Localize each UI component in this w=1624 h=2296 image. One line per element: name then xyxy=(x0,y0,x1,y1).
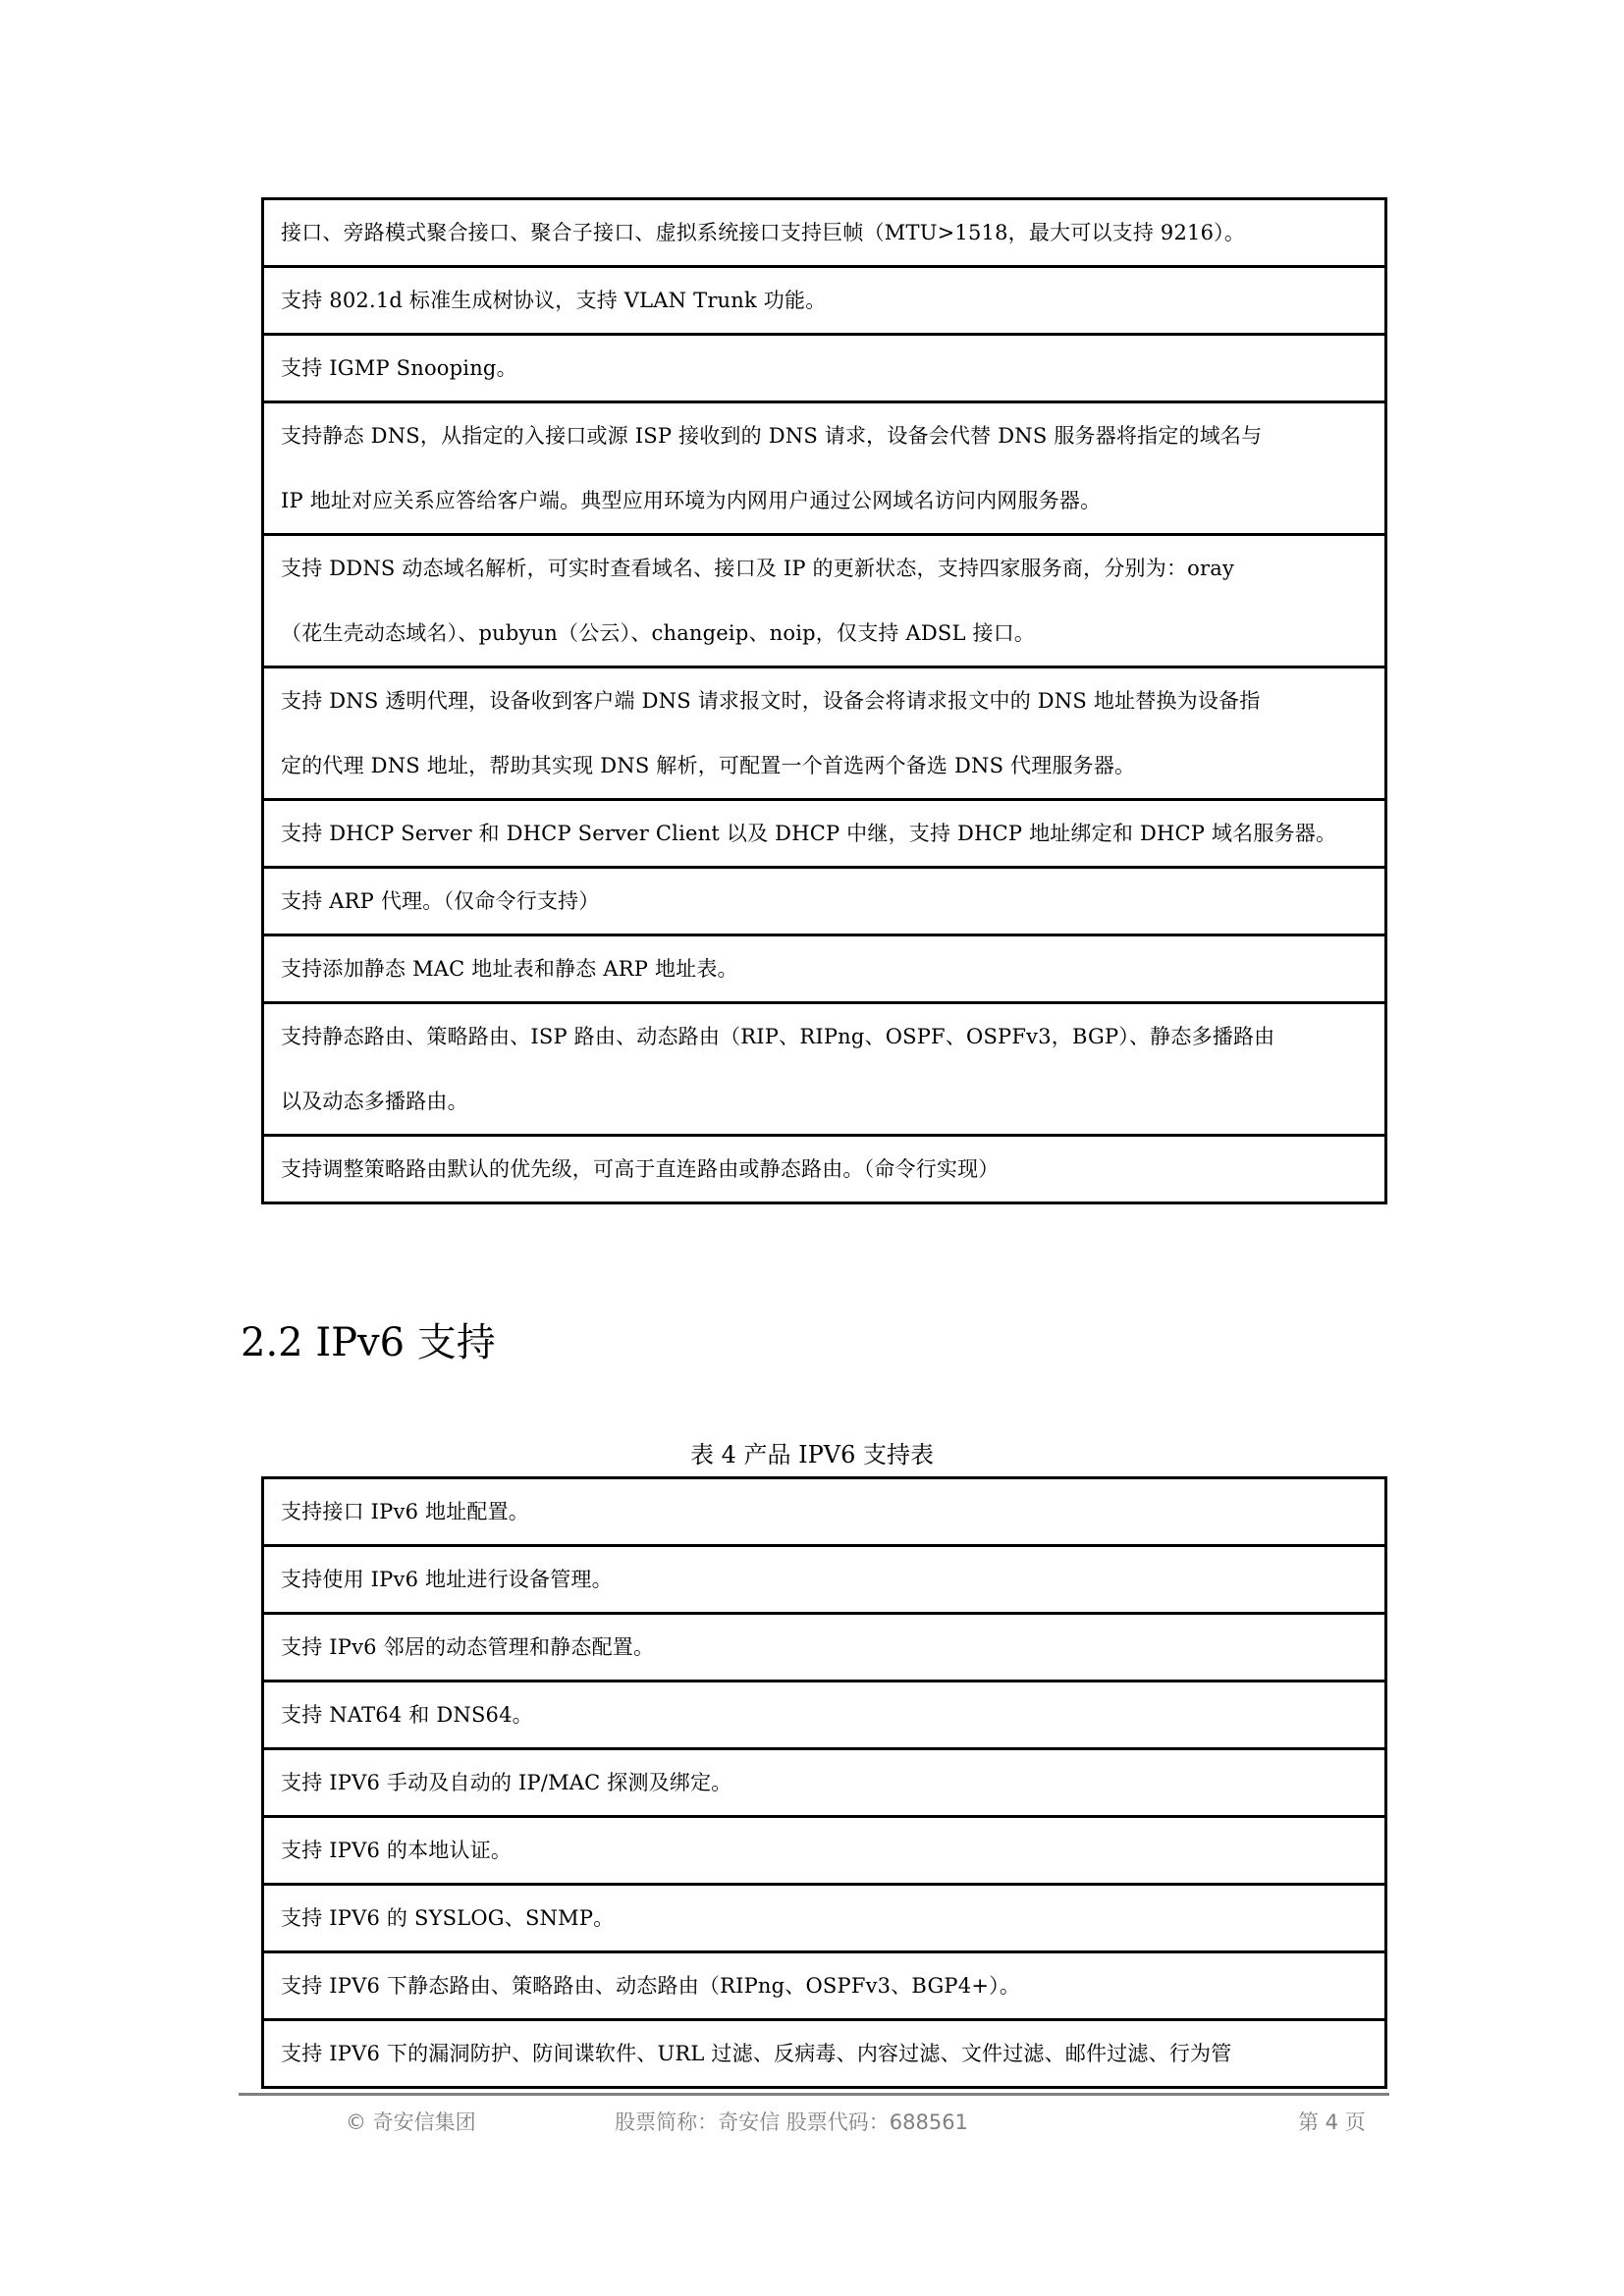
table-cell: 支持 NAT64 和 DNS64。 xyxy=(263,1682,1386,1749)
table-row: 支持 IPV6 的本地认证。 xyxy=(263,1817,1386,1885)
table-cell: 支持 IPV6 手动及自动的 IP/MAC 探测及绑定。 xyxy=(263,1749,1386,1817)
table-cell: 支持 802.1d 标准生成树协议，支持 VLAN Trunk 功能。 xyxy=(263,267,1386,335)
table-cell: 支持 DHCP Server 和 DHCP Server Client 以及 D… xyxy=(263,800,1386,868)
table-cell: 支持 IPV6 的 SYSLOG、SNMP。 xyxy=(263,1885,1386,1952)
table-cell: 支持 DDNS 动态域名解析，可实时查看域名、接口及 IP 的更新状态，支持四家… xyxy=(263,535,1386,667)
cell-line: 支持静态 DNS，从指定的入接口或源 ISP 接收到的 DNS 请求，设备会代替… xyxy=(281,424,1262,448)
ipv6-support-table: 支持接口 IPv6 地址配置。 支持使用 IPv6 地址进行设备管理。 支持 I… xyxy=(261,1476,1387,2089)
table-row: 支持 DHCP Server 和 DHCP Server Client 以及 D… xyxy=(263,800,1386,868)
table-cell: 支持 IPV6 下的漏洞防护、防间谍软件、URL 过滤、反病毒、内容过滤、文件过… xyxy=(263,2020,1386,2088)
table-row: 接口、旁路模式聚合接口、聚合子接口、虚拟系统接口支持巨帧（MTU>1518，最大… xyxy=(263,199,1386,267)
table-cell: 支持 IPv6 邻居的动态管理和静态配置。 xyxy=(263,1614,1386,1682)
footer-page-number: 第 4 页 xyxy=(1298,2107,1366,2136)
table-row: 支持调整策略路由默认的优先级，可高于直连路由或静态路由。（命令行实现） xyxy=(263,1136,1386,1203)
table-row: 支持 IPv6 邻居的动态管理和静态配置。 xyxy=(263,1614,1386,1682)
cell-line: 支持 DDNS 动态域名解析，可实时查看域名、接口及 IP 的更新状态，支持四家… xyxy=(281,557,1234,580)
table-cell: 接口、旁路模式聚合接口、聚合子接口、虚拟系统接口支持巨帧（MTU>1518，最大… xyxy=(263,199,1386,267)
table-row: 支持 IGMP Snooping。 xyxy=(263,335,1386,402)
table-row: 支持 IPV6 下静态路由、策略路由、动态路由（RIPng、OSPFv3、BGP… xyxy=(263,1952,1386,2020)
table-row: 支持 IPV6 的 SYSLOG、SNMP。 xyxy=(263,1885,1386,1952)
table-row: 支持 DNS 透明代理，设备收到客户端 DNS 请求报文时，设备会将请求报文中的… xyxy=(263,667,1386,800)
table-row: 支持 IPV6 手动及自动的 IP/MAC 探测及绑定。 xyxy=(263,1749,1386,1817)
table-cell: 支持使用 IPv6 地址进行设备管理。 xyxy=(263,1546,1386,1614)
footer-stock-info: 股票简称：奇安信 股票代码：688561 xyxy=(448,2107,1135,2136)
table-cell: 支持添加静态 MAC 地址表和静态 ARP 地址表。 xyxy=(263,935,1386,1003)
table-row: 支持 ARP 代理。（仅命令行支持） xyxy=(263,868,1386,935)
footer-divider xyxy=(239,2093,1389,2096)
cell-line: （花生壳动态域名）、pubyun（公云）、changeip、noip，仅支持 A… xyxy=(281,621,1035,645)
table-row: 支持添加静态 MAC 地址表和静态 ARP 地址表。 xyxy=(263,935,1386,1003)
table-row: 支持 DDNS 动态域名解析，可实时查看域名、接口及 IP 的更新状态，支持四家… xyxy=(263,535,1386,667)
table-caption: 表 4 产品 IPV6 支持表 xyxy=(0,1435,1624,1469)
table-row: 支持使用 IPv6 地址进行设备管理。 xyxy=(263,1546,1386,1614)
table-cell: 支持 IPV6 下静态路由、策略路由、动态路由（RIPng、OSPFv3、BGP… xyxy=(263,1952,1386,2020)
table-cell: 支持 IGMP Snooping。 xyxy=(263,335,1386,402)
table-cell: 支持 IPV6 的本地认证。 xyxy=(263,1817,1386,1885)
cell-line: 支持静态路由、策略路由、ISP 路由、动态路由（RIP、RIPng、OSPF、O… xyxy=(281,1025,1274,1048)
table-cell: 支持静态路由、策略路由、ISP 路由、动态路由（RIP、RIPng、OSPF、O… xyxy=(263,1003,1386,1136)
table-row: 支持 IPV6 下的漏洞防护、防间谍软件、URL 过滤、反病毒、内容过滤、文件过… xyxy=(263,2020,1386,2088)
table-row: 支持静态路由、策略路由、ISP 路由、动态路由（RIP、RIPng、OSPF、O… xyxy=(263,1003,1386,1136)
cell-line: 支持 DNS 透明代理，设备收到客户端 DNS 请求报文时，设备会将请求报文中的… xyxy=(281,689,1260,713)
table-cell: 支持接口 IPv6 地址配置。 xyxy=(263,1478,1386,1546)
table-row: 支持接口 IPv6 地址配置。 xyxy=(263,1478,1386,1546)
table-row: 支持 NAT64 和 DNS64。 xyxy=(263,1682,1386,1749)
table-cell: 支持调整策略路由默认的优先级，可高于直连路由或静态路由。（命令行实现） xyxy=(263,1136,1386,1203)
cell-line: 以及动态多播路由。 xyxy=(281,1090,468,1113)
table-cell: 支持 ARP 代理。（仅命令行支持） xyxy=(263,868,1386,935)
table-cell: 支持静态 DNS，从指定的入接口或源 ISP 接收到的 DNS 请求，设备会代替… xyxy=(263,402,1386,535)
network-features-table: 接口、旁路模式聚合接口、聚合子接口、虚拟系统接口支持巨帧（MTU>1518，最大… xyxy=(261,197,1387,1204)
cell-line: 定的代理 DNS 地址，帮助其实现 DNS 解析，可配置一个首选两个备选 DNS… xyxy=(281,754,1135,777)
table-row: 支持 802.1d 标准生成树协议，支持 VLAN Trunk 功能。 xyxy=(263,267,1386,335)
table-cell: 支持 DNS 透明代理，设备收到客户端 DNS 请求报文时，设备会将请求报文中的… xyxy=(263,667,1386,800)
section-heading: 2.2 IPv6 支持 xyxy=(241,1311,496,1367)
table-row: 支持静态 DNS，从指定的入接口或源 ISP 接收到的 DNS 请求，设备会代替… xyxy=(263,402,1386,535)
cell-line: IP 地址对应关系应答给客户端。典型应用环境为内网用户通过公网域名访问内网服务器… xyxy=(281,489,1101,512)
